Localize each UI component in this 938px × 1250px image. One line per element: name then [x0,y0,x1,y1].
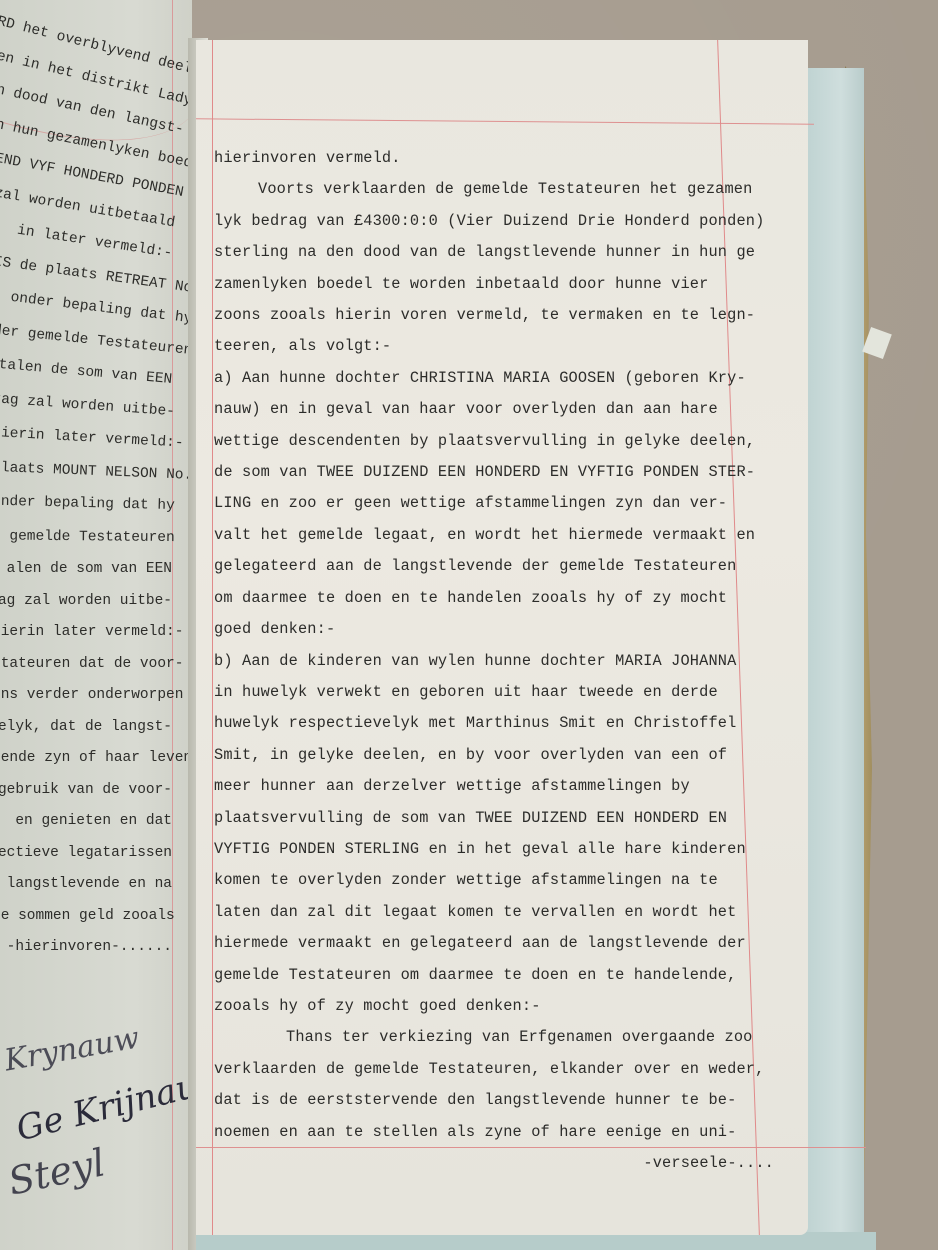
text-line: valt het gemelde legaat, en wordt het hi… [214,520,774,551]
left-margin-rule [212,40,213,1235]
text-line: zoons zooals hierin voren vermeld, te ve… [214,300,774,331]
text-line: in huwelyk verwekt en geboren uit haar t… [214,677,774,708]
text-line: r gemelde Testateuren [0,521,172,554]
text-line: sterling na den dood van de langstlevend… [214,237,774,268]
text-line: -hierinvoren-...... [0,932,172,964]
text-line: Smit, in gelyke deelen, en by voor overl… [214,740,774,771]
text-line: laten dan zal dit legaat komen te verval… [214,897,774,928]
text-line: wettige descendenten by plaatsvervulling… [214,426,774,457]
text-line: hiermede vermaakt en gelegateerd aan de … [214,928,774,959]
text-line: gemelde Testateuren om daarmee te doen e… [214,960,774,991]
text-line: nauw) en in geval van haar voor overlyde… [214,394,774,425]
left-page: RD het overblyvend deelen in het distrik… [0,0,192,1250]
page-stack-edge [806,68,864,1238]
text-line: re sommen geld zooals [0,901,172,933]
text-line: Thans ter verkiezing van Erfgenamen over… [214,1022,774,1053]
text-line: zamenlyken boedel te worden inbetaald do… [214,269,774,300]
text-line: huwelyk respectievelyk met Marthinus Smi… [214,708,774,739]
text-line: gelegateerd aan de langstlevende der gem… [214,551,774,582]
text-line: VYFTIG PONDEN STERLING en in het geval a… [214,834,774,865]
text-line: langstlevende en na [0,869,172,901]
text-line: a) Aan hunne dochter CHRISTINA MARIA GOO… [214,363,774,394]
text-line: dat is de eerststervende den langstleven… [214,1085,774,1116]
text-line: om daarmee te doen en te handelen zooals… [214,583,774,614]
text-line: elyk, dat de langst- [0,712,172,744]
text-line: teeren, als volgt:- [214,331,774,362]
text-line: hierin later vermeld:- [0,617,172,649]
text-line: zooals hy of zy mocht goed denken:- [214,991,774,1022]
text-line: plaatsvervulling de som van TWEE DUIZEND… [214,803,774,834]
text-line: -verseele-.... [214,1148,774,1179]
text-line: hierinvoren vermeld. [214,143,774,174]
text-line: en genieten en dat [0,806,172,838]
will-body-text: hierinvoren vermeld.Voorts verklaarden d… [214,143,774,1179]
text-line: ectieve legatarissen [0,838,172,870]
text-line: komen te overlyden zonder wettige afstam… [214,865,774,896]
text-line: Voorts verklaarden de gemelde Testateure… [214,174,774,205]
text-line: lyk bedrag van £4300:0:0 (Vier Duizend D… [214,206,774,237]
signature-area: Krynauw Ge Krijnauw Steyl [0,1030,190,1230]
text-line: de som van TWEE DUIZEND EEN HONDERD EN V… [214,457,774,488]
text-line: LING en zoo er geen wettige afstammeling… [214,488,774,519]
text-line: rende zyn of haar leven [0,743,172,775]
text-line: ag zal worden uitbe- [0,586,172,618]
text-line: gebruik van de voor- [0,775,172,807]
text-line: b) Aan de kinderen van wylen hunne docht… [214,646,774,677]
left-page-text: RD het overblyvend deelen in het distrik… [0,50,172,964]
text-line: verklaarden de gemelde Testateuren, elka… [214,1054,774,1085]
text-line: stateuren dat de voor- [0,649,172,681]
text-line: goed denken:- [214,614,774,645]
text-line: onder bepaling dat hy [0,487,172,523]
text-line: meer hunner aan derzelver wettige afstam… [214,771,774,802]
text-line: noemen en aan te stellen als zyne of har… [214,1117,774,1148]
signature: Krynauw [2,1020,142,1078]
text-line: plaats MOUNT NELSON No. [0,452,173,491]
signature: Steyl [4,1140,108,1203]
text-line: alen de som van EEN [0,554,172,586]
text-line: ons verder onderworpen [0,680,172,712]
